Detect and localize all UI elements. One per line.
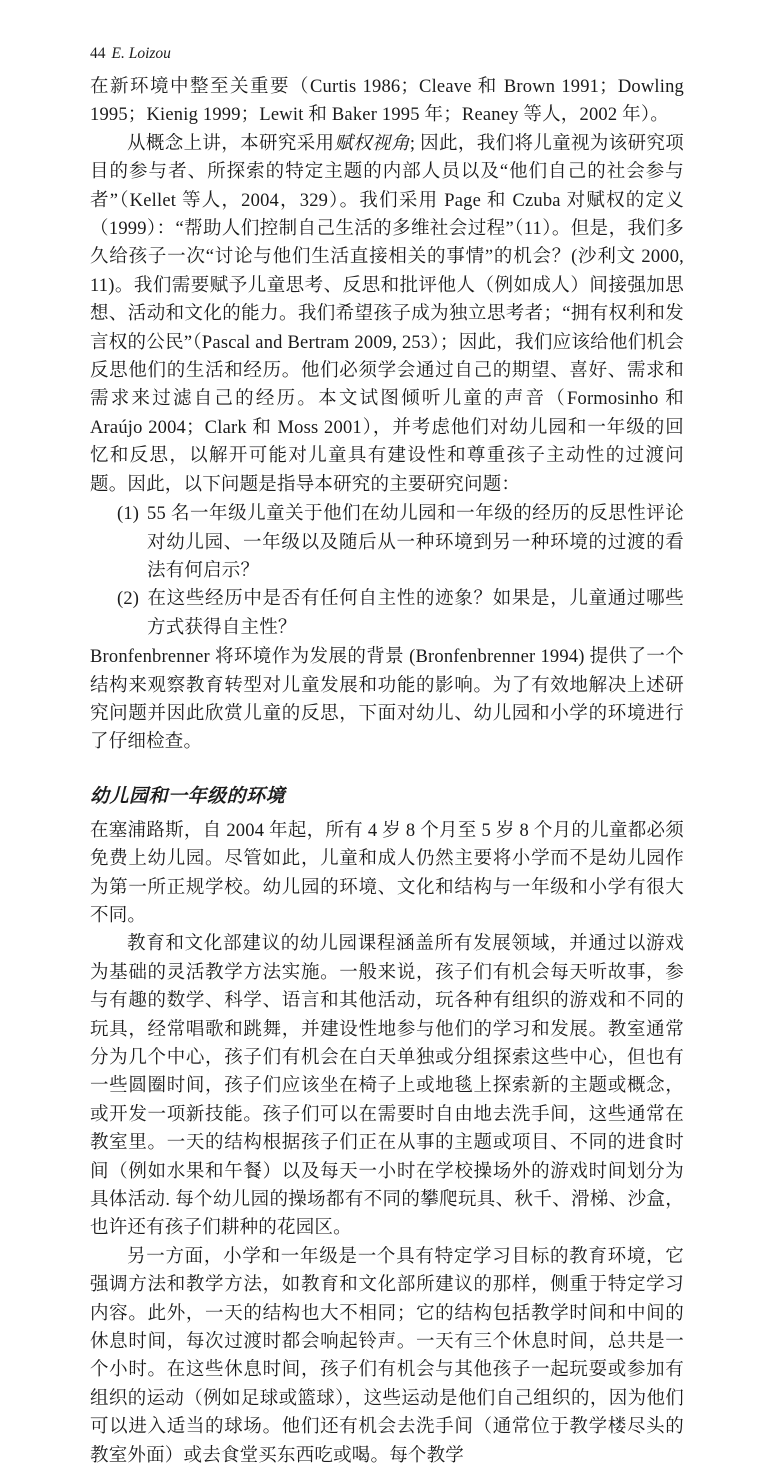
document-page: 44E. Loizou 在新环境中整至关重要（Curtis 1986；Cleav… (90, 44, 684, 1470)
paragraph-empowerment-rest: ; 因此，我们将儿童视为该研究项目的参与者、所探索的特定主题的内部人员以及“他们… (90, 134, 684, 495)
running-head: 44E. Loizou (90, 44, 684, 64)
running-author: E. Loizou (112, 45, 171, 62)
research-question-1-label: (1) (117, 500, 147, 528)
section-heading-environments: 幼儿园和一年级的环境 (90, 784, 684, 810)
paragraph-kindergarten-curriculum: 教育和文化部建议的幼儿园课程涵盖所有发展领域，并通过以游戏为基础的灵活教学方法实… (90, 930, 684, 1242)
research-question-2: (2)在这些经历中是否有任何自主性的迹象？如果是，儿童通过哪些方式获得自主性？ (117, 585, 684, 642)
paragraph-adjustment-importance: 在新环境中整至关重要（Curtis 1986；Cleave 和 Brown 19… (90, 73, 684, 130)
paragraph-empowerment-lens: 从概念上讲，本研究采用赋权视角; 因此，我们将儿童视为该研究项目的参与者、所探索… (90, 130, 684, 499)
research-question-2-label: (2) (117, 585, 147, 613)
research-question-2-text: 在这些经历中是否有任何自主性的迹象？如果是，儿童通过哪些方式获得自主性？ (147, 589, 684, 637)
paragraph-empowerment-lead: 从概念上讲，本研究采用 (127, 134, 334, 154)
paragraph-primary-school-structure: 另一方面，小学和一年级是一个具有特定学习目标的教育环境，它强调方法和教学方法，如… (90, 1243, 684, 1470)
page-number: 44 (90, 45, 106, 62)
research-question-1: (1)55 名一年级儿童关于他们在幼儿园和一年级的经历的反思性评论对幼儿园、一年… (117, 500, 684, 585)
research-question-1-text: 55 名一年级儿童关于他们在幼儿园和一年级的经历的反思性评论对幼儿园、一年级以及… (147, 504, 684, 581)
research-question-list: (1)55 名一年级儿童关于他们在幼儿园和一年级的经历的反思性评论对幼儿园、一年… (90, 500, 684, 642)
paragraph-cyprus-kindergarten: 在塞浦路斯，自 2004 年起，所有 4 岁 8 个月至 5 岁 8 个月的儿童… (90, 817, 684, 931)
paragraph-bronfenbrenner: Bronfenbrenner 将环境作为发展的背景 (Bronfenbrenne… (90, 643, 684, 757)
empowerment-term-italic: 赋权视角 (334, 134, 409, 154)
